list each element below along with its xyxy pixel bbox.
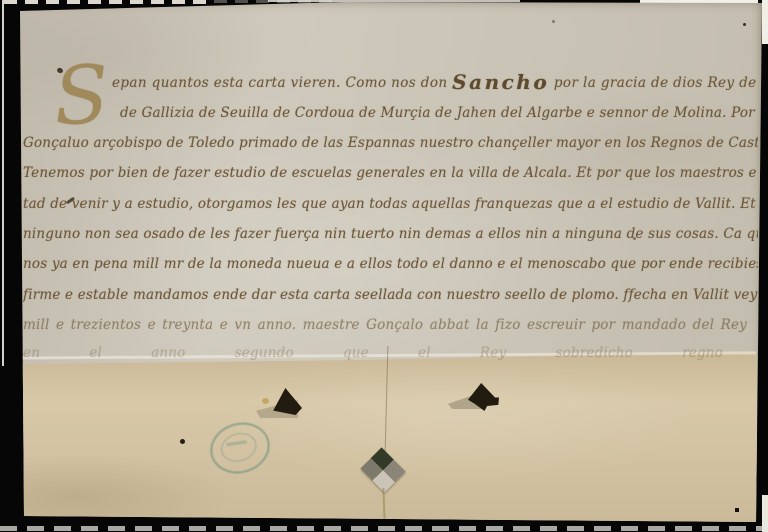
stain-spot: [262, 398, 269, 404]
speck: [180, 439, 185, 444]
manuscript-line: epan quantos esta carta vieren. Como nos…: [112, 72, 758, 98]
scan-edge-sliver-right: [762, 0, 768, 44]
manuscript-line: firme e estable mandamos ende dar esta c…: [23, 285, 758, 311]
manuscript-line-text: por la gracia de dios Rey de Castiella d…: [554, 75, 758, 91]
illuminated-initial-letter: S: [52, 55, 111, 138]
film-perforation-strip-bottom: [0, 526, 768, 531]
speck: [735, 508, 739, 512]
royal-name-flourish: Sancho: [452, 72, 549, 94]
speck: [743, 23, 746, 26]
speck: [552, 20, 555, 23]
manuscript-line: tad de venir y a estudio, otorgamos les …: [23, 194, 758, 220]
manuscript-line: ninguno non sea osado de les fazer fuerç…: [23, 224, 758, 250]
manuscript-line-faded: en el anno segundo que el Rey sobredicho…: [23, 343, 723, 369]
scan-edge-sliver-top: [268, 0, 520, 2]
photograph-backdrop: S epan quantos esta carta vieren. Como n…: [0, 0, 768, 532]
scan-edge-sliver-right-bottom: [762, 495, 768, 532]
scan-edge-line-left: [2, 0, 4, 366]
parchment-sheet: S epan quantos esta carta vieren. Como n…: [16, 2, 762, 522]
manuscript-line-text: epan quantos esta carta vieren. Como nos…: [112, 75, 447, 91]
manuscript-line-faded: mill e trezientos e treynta e vn anno. m…: [23, 315, 747, 341]
film-perforation-strip-top: [4, 0, 212, 4]
manuscript-line: de Gallizia de Seuilla de Cordoua de Mur…: [120, 103, 758, 129]
archive-stamp-inner-ring: [218, 429, 260, 466]
manuscript-line: Gonçaluo arçobispo de Toledo primado de …: [23, 133, 758, 159]
manuscript-line: Tenemos por bien de fazer estudio de esc…: [23, 163, 758, 189]
manuscript-line: nos ya en pena mill mr de la moneda nueu…: [23, 254, 758, 280]
